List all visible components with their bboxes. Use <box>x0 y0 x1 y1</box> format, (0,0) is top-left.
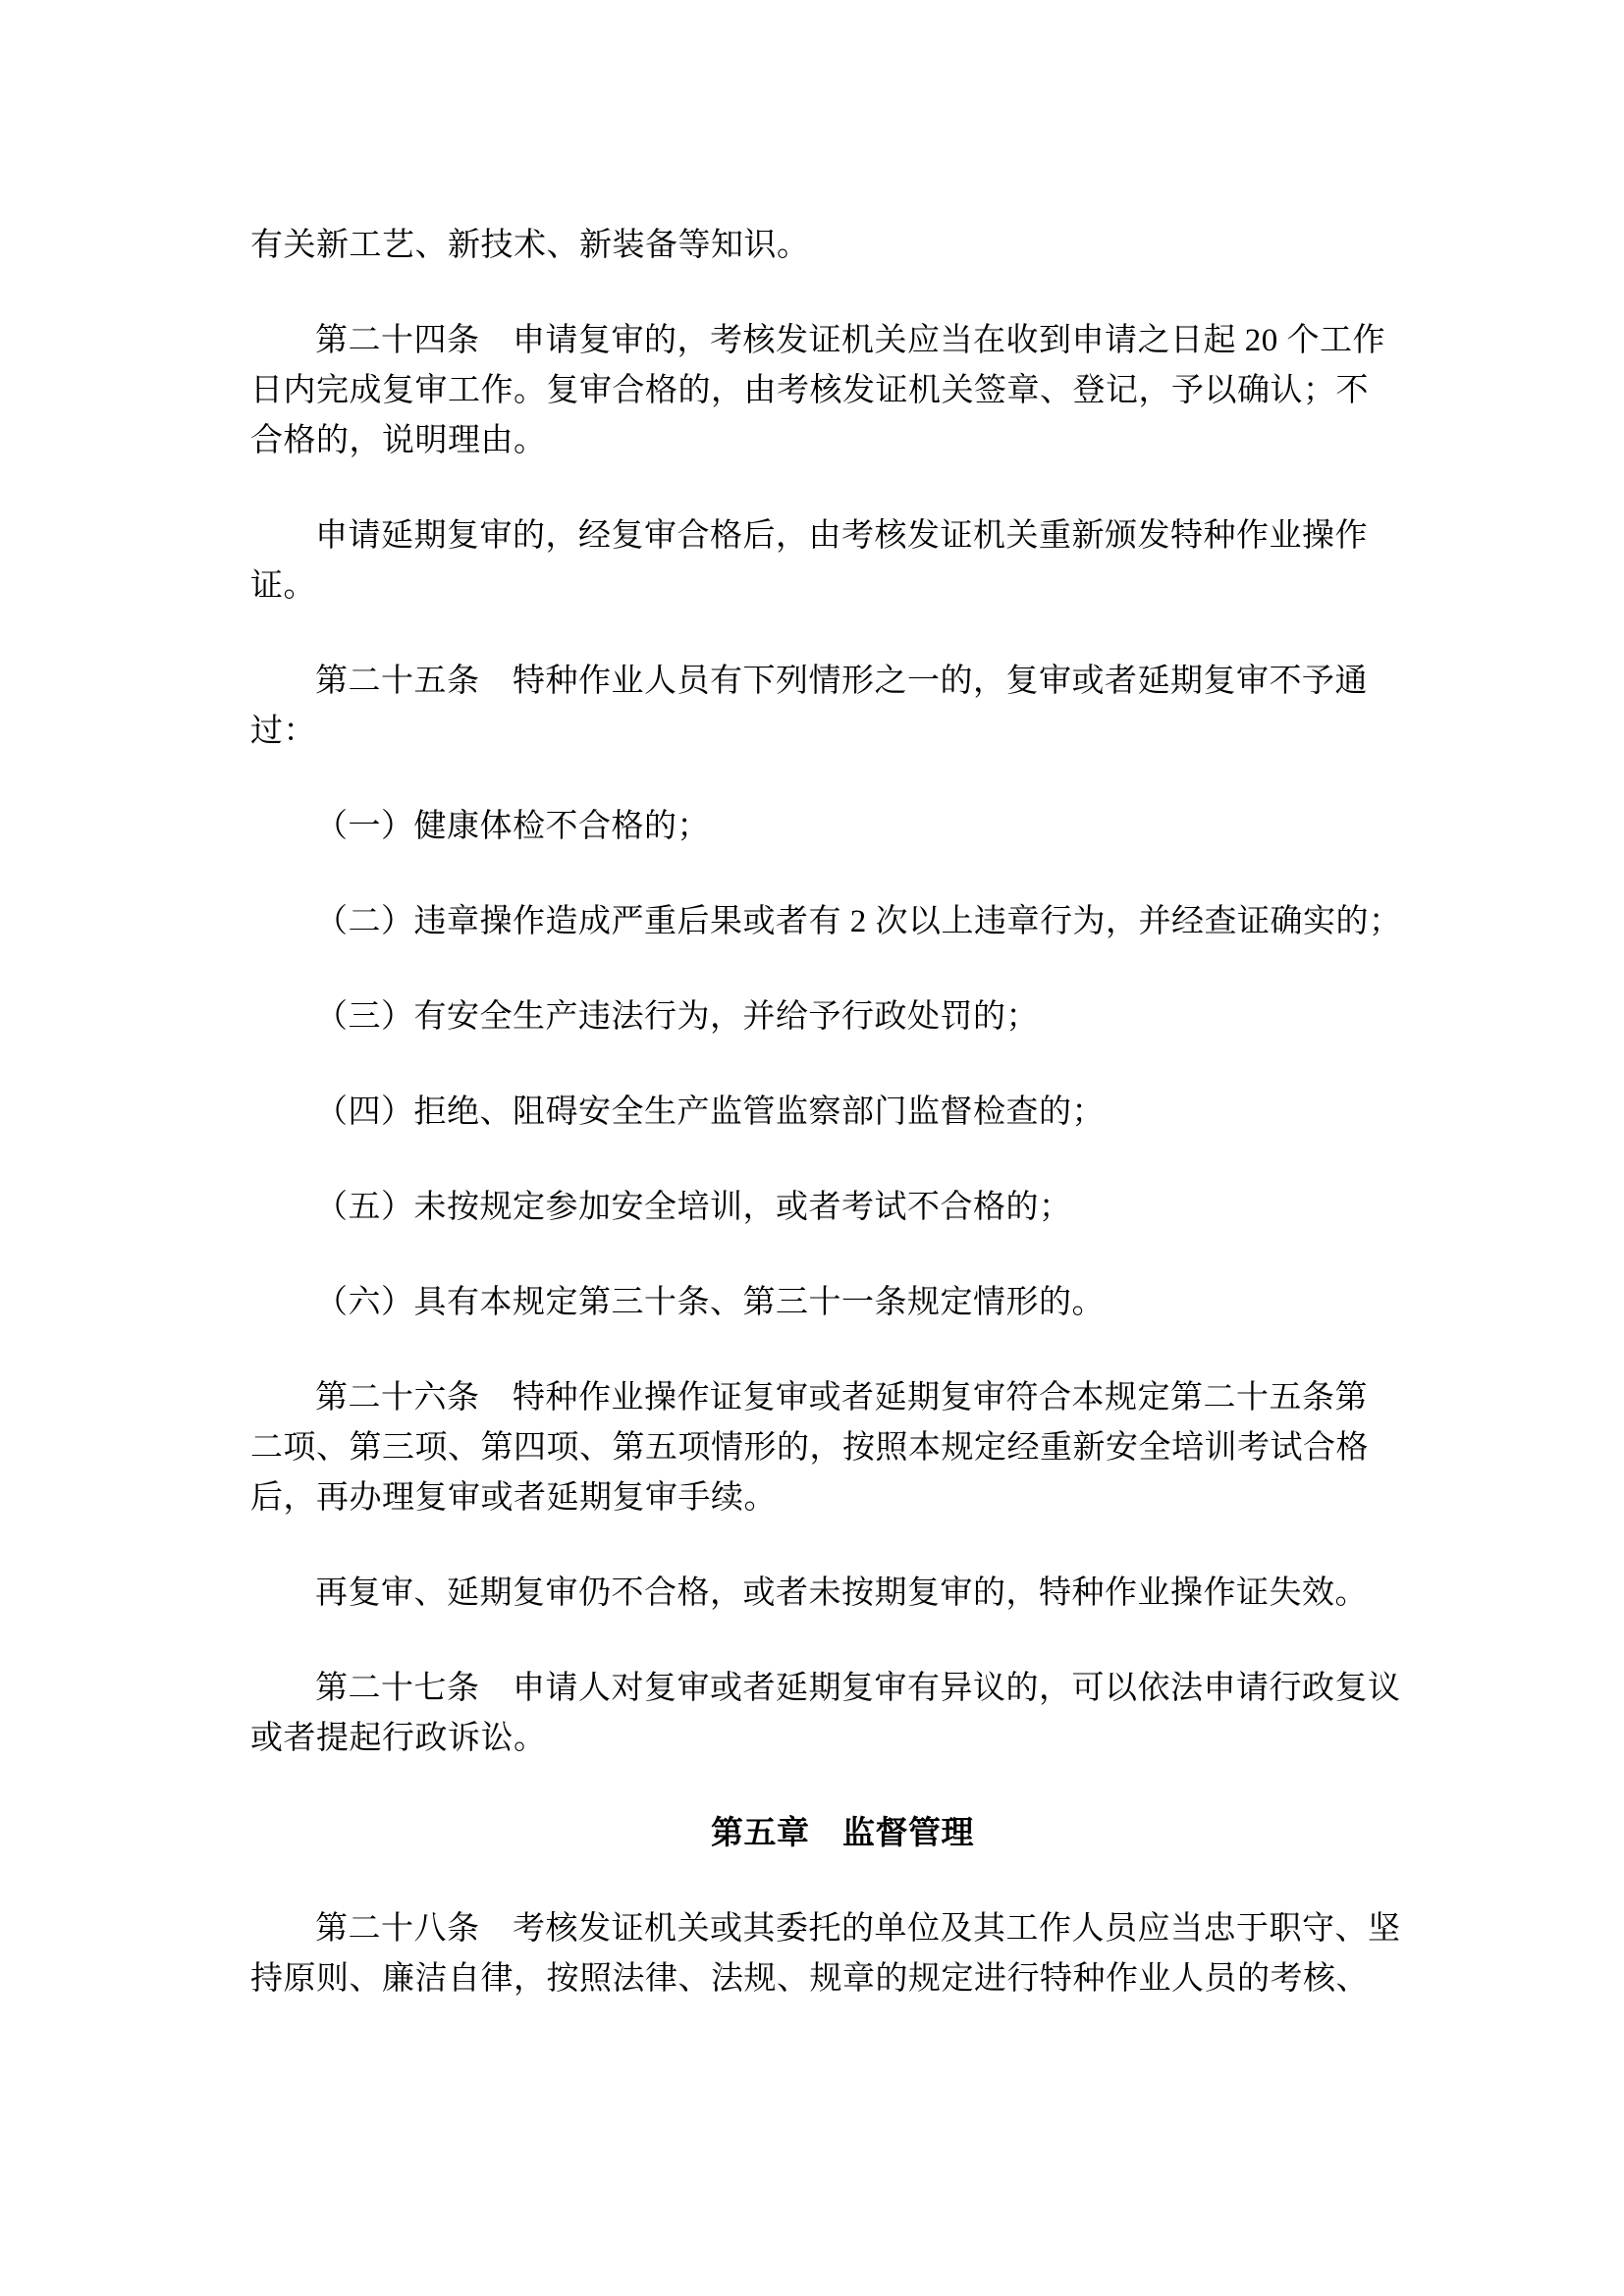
paragraph: （二）违章操作造成严重后果或者有 2 次以上违章行为，并经查证确实的； <box>250 897 1370 947</box>
paragraph: 有关新工艺、新技术、新装备等知识。 <box>250 221 1370 271</box>
text-line: 证。 <box>250 561 1370 612</box>
paragraph: （三）有安全生产违法行为，并给予行政处罚的； <box>250 992 1370 1042</box>
text-line: 或者提起行政诉讼。 <box>250 1714 1370 1764</box>
paragraph: （四）拒绝、阻碍安全生产监管监察部门监督检查的； <box>250 1088 1370 1138</box>
paragraph: 第二十五条 特种作业人员有下列情形之一的，复审或者延期复审不予通过： <box>250 657 1370 757</box>
text-line: 第二十四条 申请复审的，考核发证机关应当在收到申请之日起 20 个工作 <box>250 316 1370 366</box>
text-line: 二项、第三项、第四项、第五项情形的，按照本规定经重新安全培训考试合格 <box>250 1423 1370 1473</box>
text-line: 合格的，说明理由。 <box>250 416 1370 466</box>
text-line: （一）健康体检不合格的； <box>250 802 1370 852</box>
text-line: 第二十七条 申请人对复审或者延期复审有异议的，可以依法申请行政复议 <box>250 1664 1370 1714</box>
document-page: 有关新工艺、新技术、新装备等知识。第二十四条 申请复审的，考核发证机关应当在收到… <box>0 0 1624 2296</box>
text-line: 第五章 监督管理 <box>250 1809 1370 1859</box>
paragraph: 再复审、延期复审仍不合格，或者未按期复审的，特种作业操作证失效。 <box>250 1569 1370 1619</box>
text-line: （二）违章操作造成严重后果或者有 2 次以上违章行为，并经查证确实的； <box>250 897 1370 947</box>
text-line: （四）拒绝、阻碍安全生产监管监察部门监督检查的； <box>250 1088 1370 1138</box>
text-line: 过： <box>250 707 1370 757</box>
text-line: （五）未按规定参加安全培训，或者考试不合格的； <box>250 1183 1370 1233</box>
text-line: 持原则、廉洁自律，按照法律、法规、规章的规定进行特种作业人员的考核、 <box>250 1954 1370 2004</box>
text-line: 第二十六条 特种作业操作证复审或者延期复审符合本规定第二十五条第 <box>250 1373 1370 1423</box>
chapter-heading: 第五章 监督管理 <box>250 1809 1370 1859</box>
text-line: 第二十五条 特种作业人员有下列情形之一的，复审或者延期复审不予通 <box>250 657 1370 707</box>
text-line: 有关新工艺、新技术、新装备等知识。 <box>250 221 1370 271</box>
paragraph: 第二十七条 申请人对复审或者延期复审有异议的，可以依法申请行政复议或者提起行政诉… <box>250 1664 1370 1764</box>
text-line: 日内完成复审工作。复审合格的，由考核发证机关签章、登记，予以确认；不 <box>250 366 1370 416</box>
paragraph: 第二十八条 考核发证机关或其委托的单位及其工作人员应当忠于职守、坚持原则、廉洁自… <box>250 1904 1370 2004</box>
paragraph: （一）健康体检不合格的； <box>250 802 1370 852</box>
text-line: 第二十八条 考核发证机关或其委托的单位及其工作人员应当忠于职守、坚 <box>250 1904 1370 1954</box>
paragraph: （五）未按规定参加安全培训，或者考试不合格的； <box>250 1183 1370 1233</box>
document-body: 有关新工艺、新技术、新装备等知识。第二十四条 申请复审的，考核发证机关应当在收到… <box>250 221 1370 2050</box>
text-line: 再复审、延期复审仍不合格，或者未按期复审的，特种作业操作证失效。 <box>250 1569 1370 1619</box>
text-line: 申请延期复审的，经复审合格后，由考核发证机关重新颁发特种作业操作 <box>250 511 1370 561</box>
text-line: 后，再办理复审或者延期复审手续。 <box>250 1473 1370 1523</box>
paragraph: （六）具有本规定第三十条、第三十一条规定情形的。 <box>250 1278 1370 1328</box>
text-line: （六）具有本规定第三十条、第三十一条规定情形的。 <box>250 1278 1370 1328</box>
paragraph: 第二十四条 申请复审的，考核发证机关应当在收到申请之日起 20 个工作日内完成复… <box>250 316 1370 466</box>
text-line: （三）有安全生产违法行为，并给予行政处罚的； <box>250 992 1370 1042</box>
paragraph: 申请延期复审的，经复审合格后，由考核发证机关重新颁发特种作业操作证。 <box>250 511 1370 612</box>
paragraph: 第二十六条 特种作业操作证复审或者延期复审符合本规定第二十五条第二项、第三项、第… <box>250 1373 1370 1523</box>
